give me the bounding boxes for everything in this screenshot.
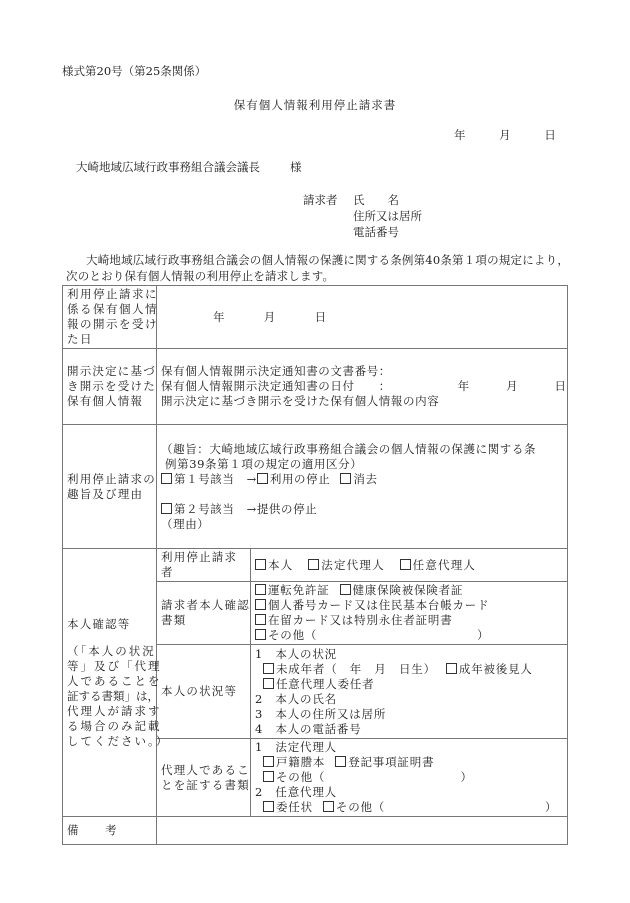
year-label: 年 [454, 128, 466, 143]
addressee-name: 大崎地域広域行政事務組合議会議長 [76, 160, 260, 174]
disclosure-date-field[interactable]: 年 月 日 [157, 286, 568, 349]
month-label: 月 [499, 128, 511, 143]
clause1-checkbox[interactable] [161, 473, 172, 484]
purpose-label: 利用停止請求の 趣旨及び理由 [63, 425, 157, 549]
requester-type-row: 本人確認等 （「本人の状況 等」及び「代理 人であることを 証する書類」は， 代… [63, 549, 568, 582]
disclosed-content-line: 開示決定に基づき開示を受けた保有個人情報の内容 [161, 394, 563, 409]
clause2-checkbox[interactable] [161, 503, 172, 514]
remarks-label: 備 考 [63, 817, 157, 845]
agent-docs-options: 1 法定代理人 戸籍謄本登記事項証明書 その他（ ） 2 任意代理人 委任状その… [251, 739, 568, 817]
my-number-card-checkbox[interactable] [255, 599, 266, 610]
requester-type-label: 利用停止請求者 [157, 549, 251, 582]
agent-docs-label: 代理人であるこ とを証する書類 [157, 739, 251, 817]
requester-name-field[interactable]: 氏 名 [353, 193, 399, 208]
id-docs-options: 運転免許証健康保険被保険者証 個人番号カード又は住民基本台帳カード 在留カード又… [251, 582, 568, 645]
erase-checkbox[interactable] [340, 473, 351, 484]
other-legal-doc-checkbox[interactable] [263, 771, 274, 782]
requester-type-options: 本人 法定代理人 任意代理人 [251, 549, 568, 582]
requester-label: 請求者 [303, 193, 353, 208]
option-clause2: 第２号該当 →提供の停止 [161, 502, 563, 517]
self-checkbox[interactable] [255, 559, 266, 570]
minor-checkbox[interactable] [263, 663, 274, 674]
day-label: 日 [544, 128, 556, 143]
request-form-table: 利用停止請求に 係る保有個人情 報の開示を受け た日 年 月 日 開示決定に基づ… [62, 285, 568, 845]
voluntary-agent-checkbox[interactable] [400, 559, 411, 570]
addressee: 大崎地域広域行政事務組合議会議長様 [76, 160, 302, 175]
adult-guardian-checkbox[interactable] [446, 663, 457, 674]
disclosed-info-row: 開示決定に基づ き開示を受けた 保有個人情報 保有個人情報開示決定通知書の文書番… [63, 349, 568, 425]
stop-use-checkbox[interactable] [257, 473, 268, 484]
requester-address-field[interactable]: 住所又は居所 [353, 209, 422, 224]
purpose-note-1: （趣旨：大崎地域広域行政事務組合議会の個人情報の保護に関する条 [161, 442, 563, 457]
addressee-honorific: 様 [290, 160, 302, 174]
principal-status-label: 本人の状況等 [157, 645, 251, 739]
power-of-attorney-checkbox[interactable] [263, 801, 274, 812]
disclosed-info-field[interactable]: 保有個人情報開示決定通知書の文書番号： 保有個人情報開示決定通知書の日付 ： 年… [157, 349, 568, 425]
doc-number-line: 保有個人情報開示決定通知書の文書番号： [161, 364, 563, 379]
disclosure-date-label: 利用停止請求に 係る保有個人情 報の開示を受け た日 [63, 286, 157, 349]
requester-block: 請求者 氏 名 住所又は居所 電話番号 [303, 193, 353, 208]
requester-phone-field[interactable]: 電話番号 [353, 225, 399, 240]
residence-card-checkbox[interactable] [255, 614, 266, 625]
document-title: 保有個人情報利用停止請求書 [0, 98, 630, 113]
health-insurance-checkbox[interactable] [340, 584, 351, 595]
remarks-field[interactable] [157, 817, 568, 845]
drivers-license-checkbox[interactable] [255, 584, 266, 595]
disclosure-date-row: 利用停止請求に 係る保有個人情 報の開示を受け た日 年 月 日 [63, 286, 568, 349]
intro-paragraph: 大崎地域広域行政事務組合議会の個人情報の保護に関する条例第40条第１項の規定によ… [66, 252, 571, 284]
other-voluntary-doc-checkbox[interactable] [323, 801, 334, 812]
form-number: 様式第20号（第25条関係） [62, 64, 206, 79]
principal-status-options: 1 本人の状況 未成年者（ 年 月 日生）成年被後見人 任意代理人委任者 2 本… [251, 645, 568, 739]
family-register-checkbox[interactable] [263, 756, 274, 767]
remarks-row: 備 考 [63, 817, 568, 845]
request-date: 年 月 日 [454, 128, 556, 143]
purpose-note-2: 例第39条第１項の規定の適用区分） [161, 457, 563, 472]
other-id-checkbox[interactable] [255, 629, 266, 640]
identity-label: 本人確認等 （「本人の状況 等」及び「代理 人であることを 証する書類」は， 代… [63, 549, 157, 817]
registry-cert-checkbox[interactable] [335, 756, 346, 767]
purpose-row: 利用停止請求の 趣旨及び理由 （趣旨：大崎地域広域行政事務組合議会の個人情報の保… [63, 425, 568, 549]
option-clause1: 第１号該当 →利用の停止消去 [161, 472, 563, 487]
voluntary-principal-checkbox[interactable] [263, 678, 274, 689]
legal-agent-checkbox[interactable] [308, 559, 319, 570]
reason-label[interactable]: （理由） [161, 517, 563, 532]
disclosed-info-label: 開示決定に基づ き開示を受けた 保有個人情報 [63, 349, 157, 425]
purpose-field: （趣旨：大崎地域広域行政事務組合議会の個人情報の保護に関する条 例第39条第１項… [157, 425, 568, 549]
id-docs-label: 請求者本人確認 書類 [157, 582, 251, 645]
doc-date-line: 保有個人情報開示決定通知書の日付 ： 年 月 日 [161, 379, 563, 394]
